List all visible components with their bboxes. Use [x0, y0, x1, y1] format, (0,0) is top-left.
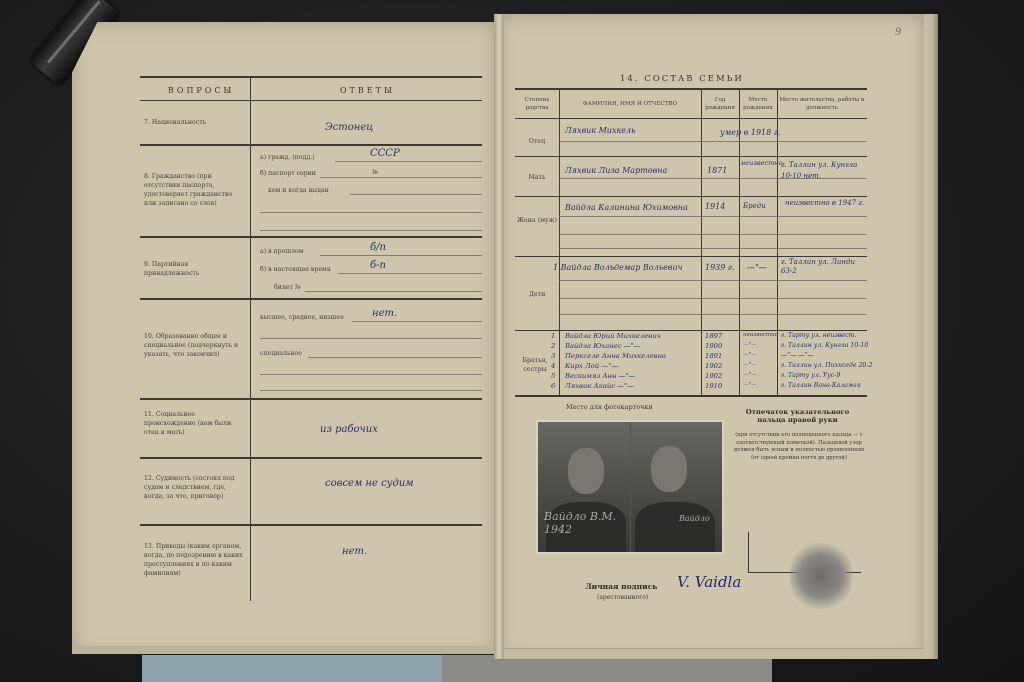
fingerprint-title: Отпечаток указательного пальца правой ру… — [735, 408, 860, 424]
fill-line — [320, 177, 482, 178]
answer-13: нет. — [342, 546, 367, 557]
sibling-number: 4 — [551, 362, 555, 370]
father-name: Ляхвик Михкель — [565, 126, 635, 135]
rule — [515, 256, 867, 257]
signature-label: Личная подпись — [585, 582, 657, 591]
mother-birthplace: неизвестно — [741, 159, 783, 167]
col-birthplace: Место рождения — [739, 96, 777, 112]
party-card-label: билет № — [274, 284, 301, 291]
question-8: 8. Гражданство (при отсутствии паспорта,… — [144, 172, 244, 208]
child-year: 1939 г. — [705, 263, 735, 272]
sibling-birthplace: —"— — [743, 342, 757, 348]
sibling-year: 1891 — [705, 352, 722, 360]
questions-header: ВОПРОСЫ — [168, 86, 234, 95]
rule — [515, 196, 867, 197]
sibling-birthplace: —"— — [743, 352, 757, 358]
relation-father: Отец — [515, 137, 559, 146]
sibling-number: 3 — [551, 352, 555, 360]
mother-year: 1871 — [707, 166, 727, 175]
wife-residence: неизвестно в 1947 г. — [785, 198, 865, 208]
row-line — [559, 280, 867, 281]
wife-birthplace: Бреди — [743, 202, 766, 210]
rule — [140, 100, 482, 101]
row-line — [559, 178, 867, 179]
fill-line — [260, 338, 482, 339]
sibling-residence: г. Тарту ул. неизвест. — [781, 332, 856, 339]
signature-sublabel: (арестованного) — [597, 594, 648, 601]
column-divider — [701, 88, 702, 330]
fill-line — [305, 291, 482, 292]
answers-header: ОТВЕТЫ — [340, 86, 395, 95]
row-line — [559, 248, 867, 249]
signature: V. Vaidla — [677, 573, 741, 591]
issued-by-label: кем и когда выдан — [268, 187, 329, 194]
rule — [515, 88, 867, 90]
fill-line — [335, 161, 482, 162]
col-year: Год рождения — [701, 96, 739, 112]
special-education-label: специальное — [260, 350, 302, 357]
mother-name: Ляхвик Лиза Мартовна — [565, 164, 695, 178]
fill-line — [350, 194, 482, 195]
fill-line — [352, 321, 482, 322]
fill-line — [260, 212, 482, 213]
col-residence: Место жительства, работы и должность — [777, 96, 867, 112]
child-birthplace: —"— — [747, 263, 767, 272]
sibling-year: 1902 — [705, 362, 722, 370]
fill-line — [338, 273, 482, 274]
fill-line — [260, 230, 482, 231]
answer-7: Эстонец — [325, 122, 373, 133]
family-section-title: 14. СОСТАВ СЕМЬИ — [620, 74, 744, 84]
rule — [515, 118, 867, 119]
rule — [140, 236, 482, 238]
column-divider — [739, 88, 740, 330]
rule — [515, 156, 867, 157]
row-line — [559, 234, 867, 235]
party-past-label: а) в прошлом — [260, 248, 304, 255]
rule — [140, 457, 482, 459]
education-level-label: высшее, среднее, низшее — [260, 314, 344, 321]
citizenship-label: а) гражд. (подд.) — [260, 154, 315, 161]
sibling-birthplace: —"— — [743, 382, 757, 388]
sibling-birthplace: неизвестно — [743, 332, 778, 338]
sibling-birthplace: —"— — [743, 362, 757, 368]
mugshot-photo: Вайдло В.М. 1942 Вайдло — [536, 420, 724, 554]
rule — [140, 524, 482, 526]
rule — [515, 395, 867, 397]
question-12: 12. Судимость (состоял под судом и следс… — [144, 474, 244, 501]
relation-mother: Мать — [515, 173, 559, 182]
column-divider — [739, 330, 740, 395]
fill-line — [320, 255, 482, 256]
col-name: ФАМИЛИЯ, ИМЯ И ОТЧЕСТВО — [559, 100, 701, 108]
col-relation: Степень родства — [515, 96, 559, 112]
sibling-residence: —"— —"— — [781, 352, 813, 359]
answer-12: совсем не судим — [325, 478, 414, 489]
photo-front-view: Вайдло В.М. 1942 — [538, 422, 629, 552]
rule — [140, 298, 482, 300]
row-line — [559, 298, 867, 299]
page-number: 9 — [895, 27, 901, 38]
sibling-year: 1900 — [705, 342, 722, 350]
page-stack-edge — [924, 14, 938, 659]
party-present-value: б-п — [370, 260, 386, 271]
column-divider — [250, 76, 251, 601]
sibling-residence: г. Таллин ул. Кунгла 10-10 — [781, 342, 868, 349]
wife-name: Вайдла Калинина Юхимовна — [565, 201, 695, 215]
sibling-number: 6 — [551, 382, 555, 390]
row-line — [559, 216, 867, 217]
column-divider — [559, 330, 560, 395]
child-name: 1 Вайдла Вольдемар Вольевич — [553, 260, 693, 276]
question-11: 11. Социальное происхождение (кем были о… — [144, 410, 244, 437]
book-spine — [494, 14, 504, 659]
sibling-name: Вайдла Юрий Михкелевич — [565, 332, 661, 340]
passport-label: б) паспорт серии — [260, 170, 316, 177]
wife-year: 1914 — [705, 202, 725, 211]
sibling-name: Перкселе Анна Михкелевна — [565, 352, 666, 360]
question-9: 9. Партийная принадлежность — [144, 260, 244, 278]
question-10: 10. Образование общее и специальное (под… — [144, 332, 244, 359]
party-past-value: б/п — [370, 242, 386, 253]
passport-number-label: № — [372, 169, 378, 176]
rule — [140, 144, 482, 146]
answer-11: из рабочих — [320, 424, 378, 435]
father-residence: умер в 1918 г. — [720, 128, 780, 137]
column-divider — [777, 330, 778, 395]
grey-folder-strip — [442, 655, 772, 682]
child-residence: г. Таллин ул. Линди 63-2 — [781, 258, 865, 276]
sibling-residence: г. Таллин Вана-Каламая — [781, 382, 861, 389]
rule — [140, 398, 482, 400]
fill-line — [260, 374, 482, 375]
question-13: 13. Приводы (каким органом, когда, по по… — [144, 542, 244, 578]
head — [568, 448, 604, 494]
citizenship-value: СССР — [370, 148, 400, 159]
sibling-name: Ляхвик Акайс —"— — [565, 382, 634, 390]
sibling-number: 5 — [551, 372, 555, 380]
photo-caption-side: Вайдло — [679, 514, 710, 523]
column-divider — [559, 88, 560, 330]
fingerprint-mark — [790, 540, 852, 612]
fingerprint-note: (при отсутствии его полноценного пальца … — [733, 432, 865, 462]
row-line — [559, 141, 867, 142]
blue-folder-strip — [142, 655, 442, 682]
column-divider — [701, 330, 702, 395]
sibling-number: 1 — [551, 332, 555, 340]
right-page-edge — [500, 648, 930, 659]
education-level-value: нет. — [372, 308, 397, 319]
photo-caption-front: Вайдло В.М. 1942 — [544, 510, 629, 536]
sibling-year: 1910 — [705, 382, 722, 390]
rule — [515, 330, 867, 331]
head — [651, 446, 687, 492]
party-present-label: б) в настоящее время — [260, 266, 331, 273]
row-line — [559, 314, 867, 315]
sibling-birthplace: —"— — [743, 372, 757, 378]
relation-siblings: Братья, сестры — [515, 356, 555, 374]
family-table: Степень родства ФАМИЛИЯ, ИМЯ И ОТЧЕСТВО … — [515, 88, 867, 408]
sibling-name: Вайдла Юханес —"— — [565, 342, 640, 350]
sibling-year: 1902 — [705, 372, 722, 380]
fill-line — [308, 357, 482, 358]
photo-side-view: Вайдло — [630, 422, 722, 552]
relation-wife: Жена (муж) — [515, 216, 559, 225]
question-7: 7. Национальность — [144, 118, 244, 127]
torso — [635, 502, 715, 552]
sibling-name: Вескимяэ Анн —"— — [565, 372, 635, 380]
column-divider — [777, 88, 778, 330]
rule — [140, 76, 482, 78]
sibling-name: Кирх Лой —"— — [565, 362, 618, 370]
sibling-residence: г. Тарту ул. Уус-9 — [781, 372, 840, 379]
fill-line — [260, 390, 482, 391]
relation-children: Дети — [515, 290, 559, 299]
sibling-residence: г. Таллин ул. Пихкседе 20-2 — [781, 362, 872, 369]
photo-label: Место для фотокарточки — [566, 403, 653, 411]
sibling-number: 2 — [551, 342, 555, 350]
questionnaire-form: ВОПРОСЫ ОТВЕТЫ 7. Национальность Эстонец… — [140, 76, 482, 601]
sibling-year: 1897 — [705, 332, 722, 340]
left-page-edge — [72, 646, 496, 654]
